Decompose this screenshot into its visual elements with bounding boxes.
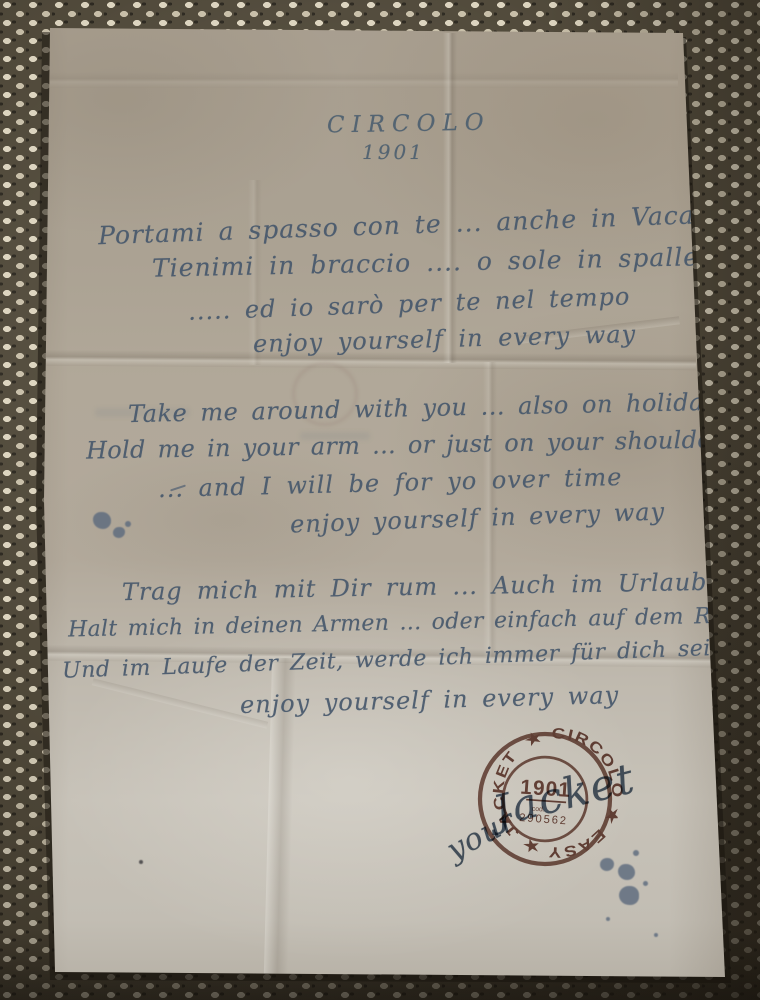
letter-line-de-4: enjoy yourself in every way (240, 681, 620, 719)
paper-speck (139, 860, 143, 864)
photo-of-letter: CIRCOLO 1901 Portami a spasso con te ...… (0, 0, 760, 1000)
ink-blot (619, 886, 639, 905)
ink-blot (600, 858, 614, 871)
letter-line-en-3: ... and I will be for yo over time (158, 463, 623, 503)
letter-line-it-4: enjoy yourself in every way (253, 320, 637, 358)
ink-blot (93, 512, 111, 529)
ink-blot (618, 864, 635, 880)
ink-blot (643, 881, 648, 886)
fold-crease-top (50, 72, 678, 88)
letter-header-year: 1901 (362, 140, 425, 164)
letter-line-it-2: Tienimi in braccio .... o sole in spalle (152, 242, 700, 282)
ink-blot (633, 850, 639, 856)
ink-blot (606, 917, 610, 921)
letter-line-en-1: Take me around with you ... also on holi… (128, 388, 718, 428)
letter-line-en-2: Hold me in your arm ... or just on your … (86, 425, 724, 464)
letter-header-brand: CIRCOLO (327, 110, 491, 139)
ink-blot (113, 527, 125, 538)
letter-line-de-2: Halt mich in deinen Armen ... oder einfa… (68, 603, 760, 643)
ink-blot (125, 521, 131, 527)
ink-blot (654, 933, 658, 937)
letter-line-en-4: enjoy yourself in every way (290, 497, 666, 538)
letter-paper: CIRCOLO 1901 Portami a spasso con te ...… (0, 0, 760, 1000)
letter-line-de-3: Und im Laufe der Zeit, werde ich immer f… (62, 635, 734, 683)
letter-line-it-3: ..... ed io sarò per te nel tempo (188, 282, 631, 325)
letter-line-de-1: Trag mich mit Dir rum ... Auch im Urlaub (122, 568, 708, 606)
